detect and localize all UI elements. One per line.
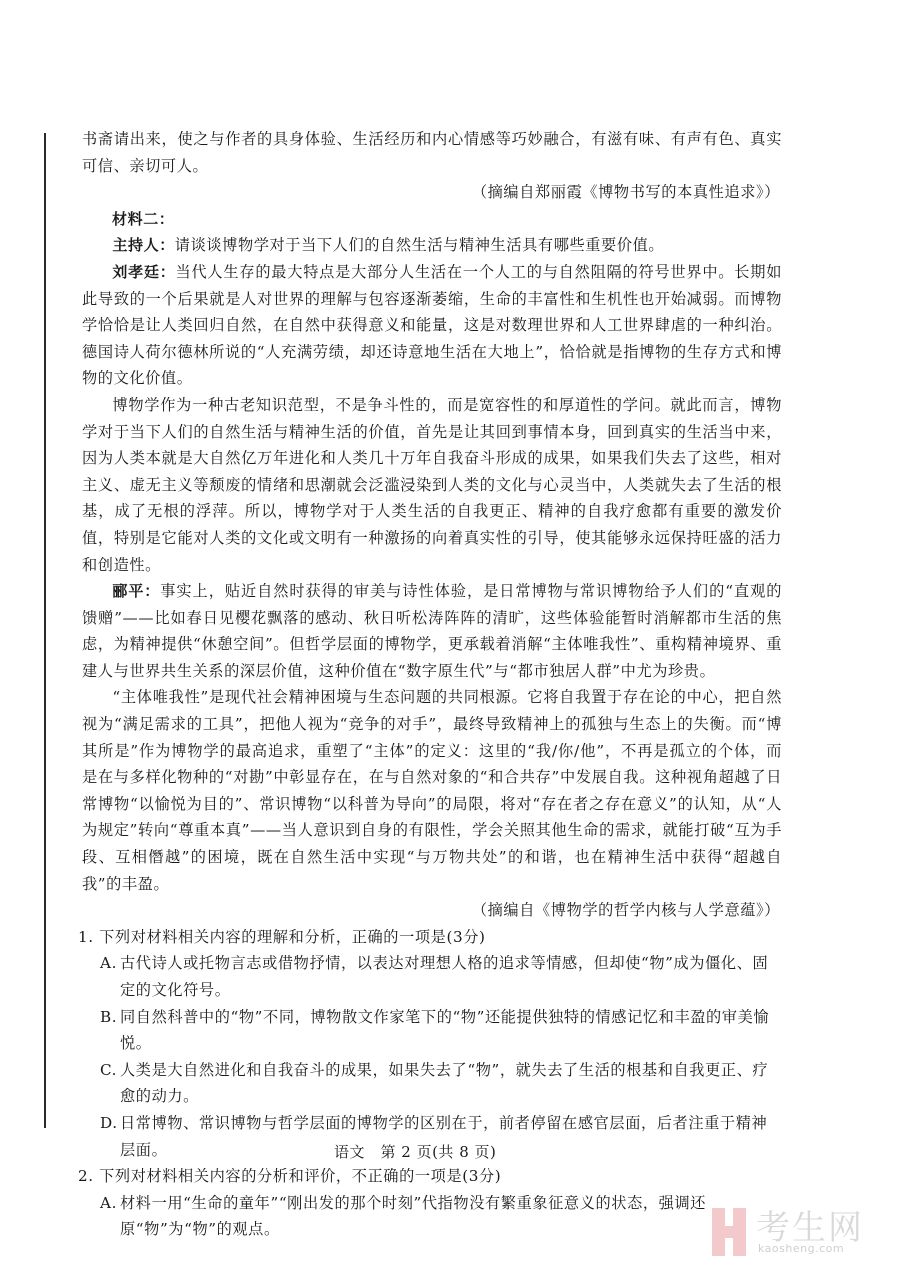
- question-1: 1. 下列对材料相关内容的理解和分析，正确的一项是(3分) A.古代诗人或托物言…: [82, 924, 782, 1163]
- li-paragraph-2: “主体唯我性”是现代社会精神困境与生态问题的共同根源。它将自我置于存在论的中心，…: [82, 684, 782, 897]
- question-1-option-c: C.人类是大自然进化和自我奋斗的成果，如果失去了“物”，就失去了生活的根基和自我…: [100, 1057, 782, 1110]
- material1-tail-paragraph: 书斋请出来，使之与作者的具身体验、生活经历和内心情感等巧妙融合，有滋有味、有声有…: [82, 126, 782, 179]
- speaker-liu: 刘孝廷：: [112, 263, 175, 281]
- material2-heading: 材料二：: [82, 206, 782, 233]
- exam-page-body: 书斋请出来，使之与作者的具身体验、生活经历和内心情感等巧妙融合，有滋有味、有声有…: [82, 126, 782, 1243]
- speaker-li: 郦平：: [112, 582, 160, 600]
- host-question: 主持人：请谈谈博物学对于当下人们的自然生活与精神生活具有哪些重要价值。: [82, 232, 782, 259]
- question-1-option-a: A.古代诗人或托物言志或借物抒情，以表达对理想人格的追求等情感，但却使“物”成为…: [100, 950, 782, 1003]
- host-text: 请谈谈博物学对于当下人们的自然生活与精神生活具有哪些重要价值。: [175, 236, 664, 254]
- liu-text-1: 当代人生存的最大特点是大部分人生活在一个人工的与自然阻隔的符号世界中。长期如此导…: [82, 263, 782, 387]
- question-1-option-b: B.同自然科普中的“物”不同，博物散文作家笔下的“物”还能提供独特的情感记忆和丰…: [100, 1004, 782, 1057]
- material2-source: （摘编自《博物学的哲学内核与人学意蕴》）: [82, 897, 782, 924]
- question-1-stem: 1. 下列对材料相关内容的理解和分析，正确的一项是(3分): [78, 924, 782, 951]
- watermark-domain: kaosheng.com: [758, 1242, 844, 1255]
- binding-line: [44, 133, 46, 1128]
- question-2: 2. 下列对材料相关内容的分析和评价，不正确的一项是(3分) A.材料一用“生命…: [82, 1163, 782, 1243]
- question-2-stem: 2. 下列对材料相关内容的分析和评价，不正确的一项是(3分): [78, 1163, 782, 1190]
- page-footer: 语文 第 2 页(共 8 页): [334, 1141, 496, 1162]
- li-text-1: 事实上，贴近自然时获得的审美与诗性体验，是日常博物与常识博物给予人们的“直观的馈…: [82, 582, 782, 680]
- li-paragraph-1: 郦平：事实上，贴近自然时获得的审美与诗性体验，是日常博物与常识博物给予人们的“直…: [82, 578, 782, 684]
- material1-source: （摘编自郑丽霞《博物书写的本真性追求》）: [82, 179, 782, 206]
- liu-paragraph-1: 刘孝廷：当代人生存的最大特点是大部分人生活在一个人工的与自然阻隔的符号世界中。长…: [82, 259, 782, 392]
- liu-paragraph-2: 博物学作为一种古老知识范型，不是争斗性的，而是宽容性的和厚道性的学问。就此而言，…: [82, 392, 782, 578]
- speaker-host: 主持人：: [112, 236, 174, 254]
- question-2-option-a: A.材料一用“生命的童年”“刚出发的那个时刻”代指物没有繁重象征意义的状态，强调…: [100, 1190, 782, 1243]
- watermark: 考生网 kaosheng.com: [712, 1206, 897, 1266]
- kaosheng-logo-icon: [712, 1208, 746, 1256]
